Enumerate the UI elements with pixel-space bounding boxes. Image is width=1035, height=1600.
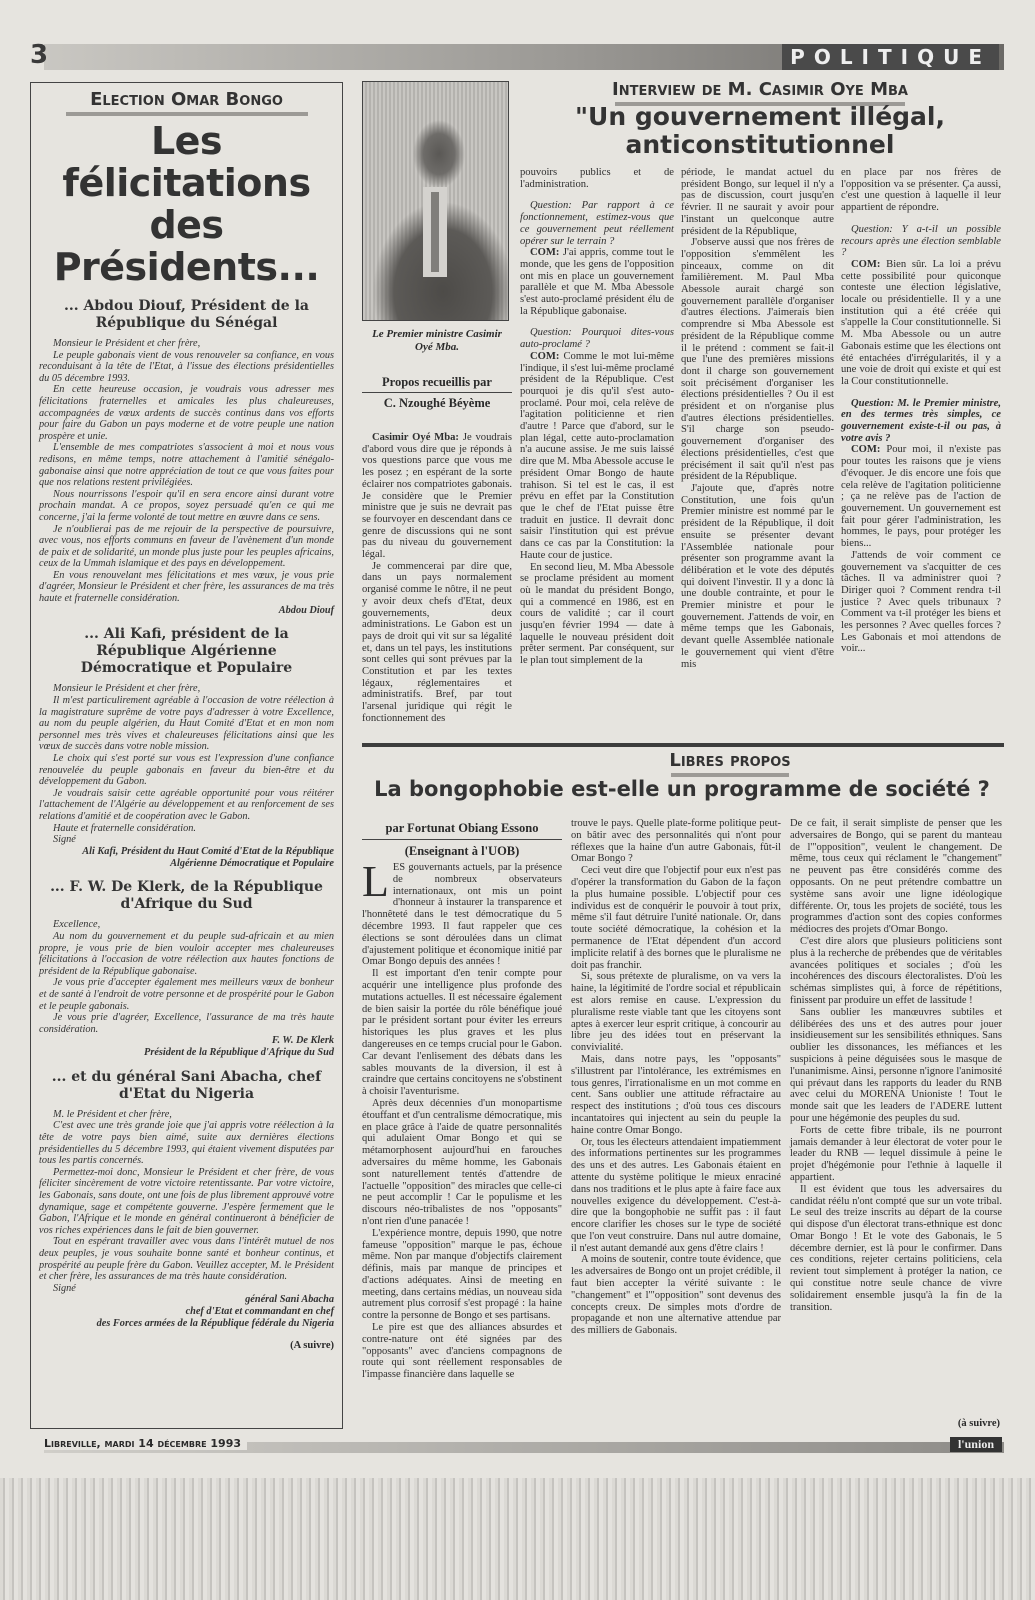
interview-paragraph: J'observe aussi que nos frères de l'oppo… (681, 237, 834, 483)
portrait-photo (362, 81, 509, 321)
footer-dateline: Libreville, mardi 14 décembre 1993 (44, 1437, 247, 1450)
opinion-byline: par Fortunat Obiang Essono (Enseignant à… (362, 818, 562, 861)
interview-question: Question: Y a-t-il un possible recours a… (841, 224, 1001, 259)
opinion-headline: La bongophobie est-elle un programme de … (362, 776, 1002, 802)
section-divider (362, 743, 1004, 747)
letter-paragraph: Monsieur le Président et cher frère, (39, 338, 334, 350)
interview-paragraph: J'attends de voir comment ce gouvernemen… (841, 550, 1001, 655)
letter-subhead: ... Abdou Diouf, Président de la Républi… (39, 298, 334, 332)
letter-signature: Ali Kafi, Président du Haut Comité d'Eta… (39, 846, 334, 870)
left-headline: Les félicitations des Présidents... (39, 120, 334, 288)
continued-label: (A suivre) (39, 1340, 334, 1351)
opinion-column-1: LES gouvernants actuels, par la présence… (362, 862, 562, 1381)
letter-body: Excellence,Au nom du gouvernement et du … (39, 919, 334, 1035)
byline-label: Propos recueillis par (362, 373, 512, 391)
opinion-paragraph: trouve le pays. Quelle plate-forme polit… (571, 818, 781, 865)
letter-signature: général Sani Abacha (39, 1294, 334, 1306)
photo-caption: Le Premier ministre Casimir Oyé Mba. (362, 328, 512, 354)
interview-column-3: période, le mandat actuel du président B… (681, 167, 834, 670)
interview-column-4: en place par nos frères de l'opposition … (841, 167, 1001, 655)
opinion-column-2: trouve le pays. Quelle plate-forme polit… (571, 818, 781, 1337)
letters-container: ... Abdou Diouf, Président de la Républi… (39, 298, 334, 1330)
letter-subhead: ... F. W. De Klerk, de la République d'A… (39, 879, 334, 913)
interview-column-2: pouvoirs publics et de l'administration.… (520, 167, 674, 667)
newspaper-page: 3 POLITIQUE Election Omar Bongo Les féli… (0, 0, 1035, 1600)
opinion-paragraph: Mais, dans notre pays, les "opposants" s… (571, 1054, 781, 1137)
interview-paragraph: COM: Comme le mot lui-même l'indique, il… (520, 351, 674, 562)
left-kicker: Election Omar Bongo (39, 89, 334, 110)
letter-paragraph: C'est avec une très grande joie que j'ai… (39, 1120, 334, 1166)
left-article-box: Election Omar Bongo Les félicitations de… (30, 82, 343, 1429)
letter-paragraph: Signé (39, 834, 334, 846)
interview-column-1: Casimir Oyé Mba: Je voudrais d'abord vou… (362, 432, 512, 725)
speaker-label: COM: (530, 247, 559, 258)
letter-paragraph: Haute et fraternelle considération. (39, 823, 334, 835)
interview-question: Question: Par rapport à ce fonctionnemen… (520, 200, 674, 247)
speaker-label: COM: (851, 444, 880, 455)
letter-paragraph: Je voudrais saisir cette agréable opport… (39, 788, 334, 823)
letter-paragraph: Au nom du gouvernement et du peuple sud-… (39, 931, 334, 977)
opinion-paragraph: Forts de cette fibre tribale, ils ne pou… (790, 1125, 1002, 1184)
opinion-author-role: (Enseignant à l'UOB) (362, 841, 562, 861)
drop-cap: L (362, 864, 393, 900)
letter-paragraph: Le peuple gabonais vient de vous renouve… (39, 350, 334, 385)
letter-body: M. le Président et cher frère,C'est avec… (39, 1109, 334, 1295)
opinion-paragraph: Après deux décennies d'un monopartisme é… (362, 1098, 562, 1228)
letter-signature: Président de la République d'Afrique du … (39, 1047, 334, 1059)
interview-paragraph: en place par nos frères de l'opposition … (841, 167, 1001, 214)
opinion-paragraph: Le pire est que des alliances absurdes e… (362, 1322, 562, 1381)
letter-paragraph: Je vous prie d'accepter également mes me… (39, 977, 334, 1012)
interview-question: Question: M. le Premier ministre, en des… (841, 398, 1001, 445)
letter-paragraph: Je vous prie d'agréer, Excellence, l'ass… (39, 1012, 334, 1035)
page-number: 3 (30, 40, 48, 70)
opinion-paragraph: Il est évident que tous les adversaires … (790, 1184, 1002, 1314)
speaker-label: Casimir Oyé Mba: (372, 432, 459, 443)
footer-masthead: l'union (950, 1437, 1002, 1452)
interview-paragraph: période, le mandat actuel du président B… (681, 167, 834, 237)
letter-subhead: ... et du général Sani Abacha, chef d'Et… (39, 1069, 334, 1103)
opinion-continued: (à suivre) (900, 1418, 1000, 1429)
interview-paragraph: COM: J'ai appris, comme tout le monde, q… (520, 247, 674, 317)
opinion-paragraph: Si, sous prétexte de pluralisme, on va v… (571, 971, 781, 1054)
letter-paragraph: M. le Président et cher frère, (39, 1109, 334, 1121)
interview-kicker: Interview de M. Casimir Oye Mba (520, 79, 1000, 100)
interview-paragraph: Je commencerai par dire que, dans un pay… (362, 561, 512, 725)
opinion-paragraph: De ce fait, il serait simpliste de pense… (790, 818, 1002, 936)
letter-signature: chef d'Etat et commandant en chef (39, 1306, 334, 1318)
letter-body: Monsieur le Président et cher frère,Il m… (39, 683, 334, 845)
speaker-label: COM: (851, 259, 880, 270)
speaker-label: COM: (530, 351, 559, 362)
opinion-kicker: Libres propos (520, 750, 940, 771)
opinion-paragraph: Il est important d'en tenir compte pour … (362, 968, 562, 1098)
opinion-paragraph: Sans oublier les manœuvres subtiles et d… (790, 1007, 1002, 1125)
opinion-paragraph: Ceci veut dire que l'objectif pour eux n… (571, 865, 781, 971)
letter-paragraph: Il m'est particulirement agréable à l'oc… (39, 695, 334, 753)
letter-paragraph: Monsieur le Président et cher frère, (39, 683, 334, 695)
scan-artifact (0, 1478, 1035, 1600)
interview-question: Question: Pourquoi dites-vous auto-procl… (520, 327, 674, 350)
letter-paragraph: L'ensemble de mes compatriotes s'associe… (39, 442, 334, 488)
letter-paragraph: Tout en espérant travailler avec vous da… (39, 1236, 334, 1282)
letter-subhead: ... Ali Kafi, président de la République… (39, 626, 334, 677)
letter-paragraph: Excellence, (39, 919, 334, 931)
interview-paragraph: pouvoirs publics et de l'administration. (520, 167, 674, 190)
kicker-rule (66, 112, 308, 116)
opinion-paragraph: A moins de soutenir, contre toute éviden… (571, 1254, 781, 1337)
letter-paragraph: Le choix qui s'est porté sur vous est l'… (39, 753, 334, 788)
interview-paragraph: COM: Bien sûr. La loi a prévu cette poss… (841, 259, 1001, 388)
opinion-paragraph: Or, tous les électeurs attendaient impat… (571, 1137, 781, 1255)
opinion-paragraph: C'est dire alors que plusieurs politicie… (790, 936, 1002, 1007)
letter-paragraph: Signé (39, 1283, 334, 1295)
interview-paragraph: En second lieu, M. Mba Abessole se procl… (520, 562, 674, 667)
opinion-author: par Fortunat Obiang Essono (362, 818, 562, 838)
letter-paragraph: Je n'oublierai pas de me rejouir de la p… (39, 524, 334, 570)
letter-signature: Abdou Diouf (39, 605, 334, 617)
letter-paragraph: Nous nourrissons l'espoir qu'il en sera … (39, 489, 334, 524)
interview-headline: "Un gouvernement illégal, anticonstituti… (520, 103, 1000, 159)
opinion-paragraph: L'expérience montre, depuis 1990, que no… (362, 1228, 562, 1322)
interview-paragraph: COM: Pour moi, il n'existe pas pour tout… (841, 444, 1001, 549)
interview-byline: Propos recueillis par C. Nzoughé Béyème (362, 373, 512, 412)
letter-paragraph: En cette heureuse occasion, je voudrais … (39, 384, 334, 442)
byline-name: C. Nzoughé Béyème (362, 394, 512, 412)
letter-body: Monsieur le Président et cher frère,Le p… (39, 338, 334, 605)
interview-paragraph: Casimir Oyé Mba: Je voudrais d'abord vou… (362, 432, 512, 561)
section-label: POLITIQUE (782, 44, 999, 70)
letter-paragraph: En vous renouvelant mes félicitations et… (39, 570, 334, 605)
letter-paragraph: Permettez-moi donc, Monsieur le Présiden… (39, 1167, 334, 1237)
letter-signature: des Forces armées de la République fédér… (39, 1318, 334, 1330)
letter-signature: F. W. De Klerk (39, 1035, 334, 1047)
opinion-column-3: De ce fait, il serait simpliste de pense… (790, 818, 1002, 1313)
opinion-paragraph: LES gouvernants actuels, par la présence… (362, 862, 562, 968)
interview-paragraph: J'ajoute que, d'après notre Constitution… (681, 483, 834, 670)
